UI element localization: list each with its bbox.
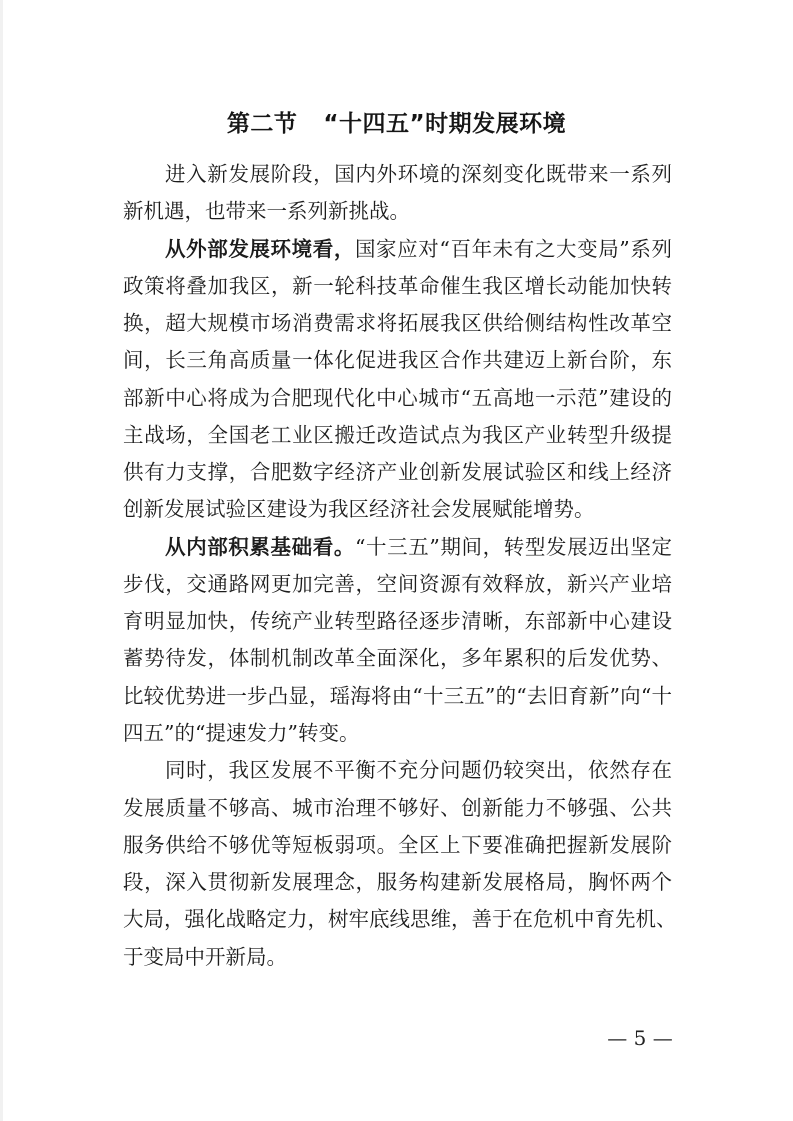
paragraph-2-line-3: 换，超大规模市场消费需求将拓展我区供给侧结构性改革空: [123, 305, 672, 342]
paragraph-3-line-4: 蓄势待发，体制机制改革全面深化，多年累积的后发优势、: [123, 640, 672, 677]
paragraph-3-line-1: 从内部积累基础看。“十三五”期间，转型发展迈出坚定: [123, 529, 672, 566]
paragraph-3-line-1-text: “十三五”期间，转型发展迈出坚定: [355, 535, 672, 559]
paragraph-2-line-6: 主战场，全国老工业区搬迁改造试点为我区产业转型升级提: [123, 417, 672, 454]
document-page: 第二节“十四五”时期发展环境 进入新发展阶段，国内外环境的深刻变化既带来一系列 …: [0, 0, 793, 1121]
paragraph-3-line-5: 比较优势进一步凸显，瑶海将由“十三五”的“去旧育新”向“十: [123, 678, 672, 715]
body-text: 进入新发展阶段，国内外环境的深刻变化既带来一系列 新机遇，也带来一系列新挑战。 …: [123, 156, 672, 976]
paragraph-4-line-1: 同时，我区发展不平衡不充分问题仍较突出，依然存在: [123, 752, 672, 789]
page-number: — 5 —: [600, 1025, 680, 1051]
paragraph-3-line-3: 育明显加快，传统产业转型路径逐步清晰，东部新中心建设: [123, 603, 672, 640]
section-heading: “十四五”时期发展环境: [323, 111, 566, 137]
paragraph-4-line-3: 服务供给不够优等短板弱项。全区上下要准确把握新发展阶: [123, 827, 672, 864]
paragraph-2-line-8: 创新发展试验区建设为我区经济社会发展赋能增势。: [123, 491, 672, 528]
paragraph-3-line-6: 四五”的“提速发力”转变。: [123, 715, 672, 752]
paragraph-2-line-1: 从外部发展环境看，国家应对“百年未有之大变局”系列: [123, 231, 672, 268]
paragraph-4-line-4: 段，深入贯彻新发展理念，服务构建新发展格局，胸怀两个: [123, 864, 672, 901]
paragraph-2-line-2: 政策将叠加我区，新一轮科技革命催生我区增长动能加快转: [123, 268, 672, 305]
paragraph-1-line-1: 进入新发展阶段，国内外环境的深刻变化既带来一系列: [123, 156, 672, 193]
paragraph-2-line-7: 供有力支撑，合肥数字经济产业创新发展试验区和线上经济: [123, 454, 672, 491]
paragraph-4-line-5: 大局，强化战略定力，树牢底线思维，善于在危机中育先机、: [123, 901, 672, 938]
section-title: 第二节“十四五”时期发展环境: [0, 110, 793, 138]
section-number: 第二节: [227, 111, 298, 137]
paragraph-3-lead: 从内部积累基础看。: [165, 535, 355, 559]
paragraph-2-line-5: 部新中心将成为合肥现代化中心城市“五高地一示范”建设的: [123, 380, 672, 417]
paragraph-4-line-2: 发展质量不够高、城市治理不够好、创新能力不够强、公共: [123, 790, 672, 827]
paragraph-3-line-2: 步伐，交通路网更加完善，空间资源有效释放，新兴产业培: [123, 566, 672, 603]
paragraph-2-line-1-text: 国家应对“百年未有之大变局”系列: [355, 237, 672, 261]
paragraph-4-line-6: 于变局中开新局。: [123, 939, 672, 976]
paragraph-1-line-2: 新机遇，也带来一系列新挑战。: [123, 193, 672, 230]
paragraph-2-line-4: 间，长三角高质量一体化促进我区合作共建迈上新台阶，东: [123, 342, 672, 379]
scan-edge: [0, 0, 3, 1121]
paragraph-2-lead: 从外部发展环境看，: [165, 237, 355, 261]
